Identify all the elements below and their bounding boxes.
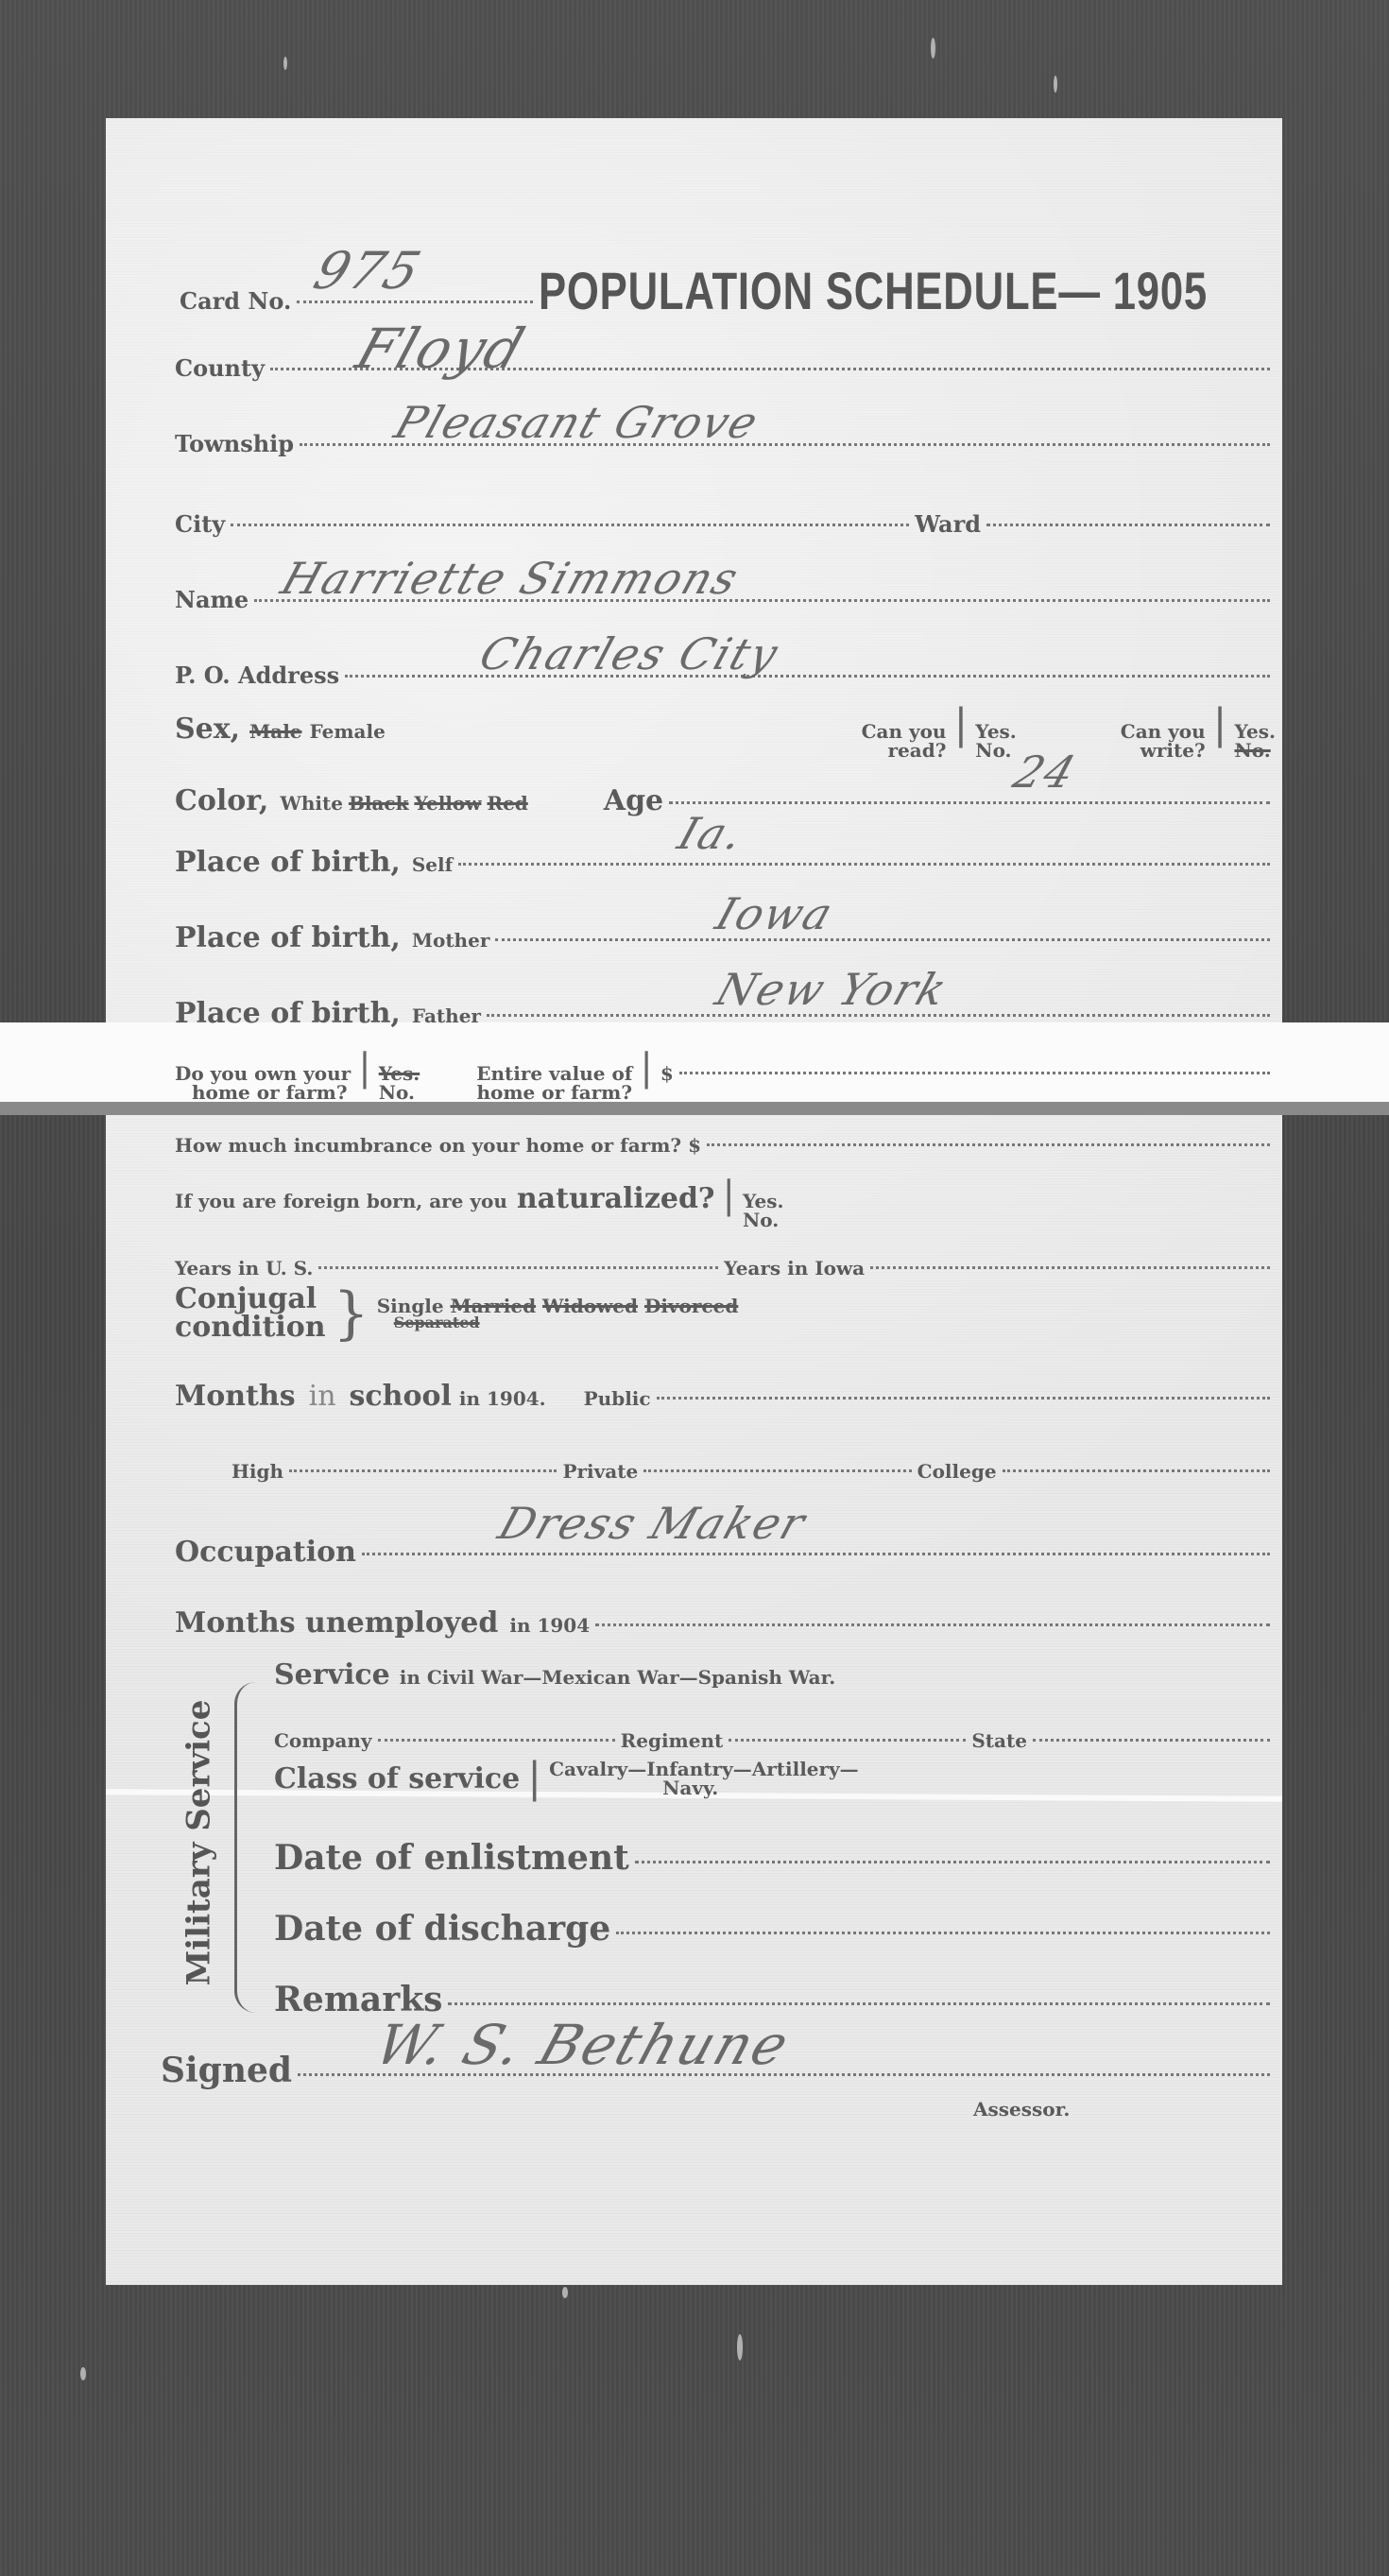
card-no-label: Card No. [180, 287, 291, 315]
color-option-black: Black [349, 792, 409, 815]
film-speck [1054, 76, 1057, 93]
occupation-label: Occupation [175, 1536, 356, 1569]
po-address-value: Charles City [473, 628, 785, 679]
home-value-currency: $ [660, 1062, 674, 1085]
state-dots [1033, 1739, 1270, 1742]
read-no: No. [975, 741, 1017, 760]
city-label: City [175, 510, 225, 538]
write-no: No. [1235, 741, 1277, 760]
write-brace: | [1213, 704, 1227, 746]
conjugal-row: Conjugal condition } Single Married Wido… [175, 1285, 1276, 1342]
service-options: in Civil War—Mexican War—Spanish War. [400, 1666, 836, 1689]
school-label-in: in [309, 1380, 336, 1413]
conjugal-option-widowed: Widowed [542, 1295, 638, 1317]
own-home-no: No. [379, 1083, 420, 1102]
conjugal-label: Conjugal condition [175, 1285, 326, 1342]
service-label: Service [274, 1658, 390, 1692]
name-value: Harriette Simmons [275, 553, 746, 604]
film-speck [562, 2287, 568, 2298]
occupation-value: Dress Maker [492, 1498, 813, 1549]
naturalized-options: Yes. No. [743, 1192, 784, 1229]
own-home-yes: Yes. [379, 1064, 420, 1083]
birth-mother-label: Place of birth, [175, 921, 401, 954]
color-option-yellow: Yellow [414, 792, 481, 815]
enlistment-row: Date of enlistment [274, 1838, 1276, 1878]
incumbrance-label: How much incumbrance on your home or far… [175, 1134, 701, 1157]
birth-father-value: New York [710, 964, 954, 1015]
own-home-options: Yes. No. [379, 1064, 420, 1102]
color-option-red: Red [487, 792, 527, 815]
company-label: Company [274, 1729, 372, 1752]
po-address-label: P. O. Address [175, 661, 339, 689]
signature-value: W. S. Bethune [368, 2013, 798, 2077]
city-dots [231, 524, 909, 526]
naturalized-row: If you are foreign born, are you natural… [175, 1176, 1276, 1229]
write-question: Can you write? [1121, 722, 1206, 760]
regiment-label: Regiment [621, 1729, 724, 1752]
county-value: Floyd [349, 317, 534, 381]
city-row: City Ward [175, 510, 1276, 538]
class-options: Cavalry—Infantry—Artillery— Navy. [549, 1760, 859, 1797]
naturalized-yes: Yes. [743, 1192, 784, 1211]
unemployed-label: Months unemployed [175, 1606, 498, 1640]
sex-literacy-row: Sex, Male Female Can you read? | Yes. No… [175, 704, 1276, 760]
years-row: Years in U. S. Years in Iowa [175, 1257, 1276, 1279]
school-types-row: High Private College [231, 1460, 1276, 1483]
company-row: Company Regiment State [274, 1729, 1276, 1752]
school-private-dots [643, 1469, 911, 1472]
years-iowa-dots [870, 1266, 1270, 1269]
own-home-brace: | [358, 1049, 370, 1087]
conjugal-option-separated: Separated [377, 1315, 739, 1331]
write-options: Yes. No. [1235, 722, 1277, 760]
unemployed-dots [595, 1623, 1270, 1626]
naturalized-label: naturalized? [517, 1182, 715, 1215]
birth-father-sub: Father [412, 1005, 481, 1027]
school-college-dots [1003, 1469, 1270, 1472]
military-brace [234, 1682, 256, 2013]
occupation-dots [362, 1553, 1270, 1555]
regiment-dots [729, 1739, 966, 1742]
write-label-top: Can you [1121, 722, 1206, 741]
military-service-side-label: Military Service [170, 1682, 227, 2003]
years-us-dots [318, 1266, 718, 1269]
school-public-dots [657, 1397, 1270, 1400]
birth-self-label: Place of birth, [175, 846, 401, 879]
school-label-school: school [350, 1380, 452, 1413]
read-label-top: Can you [862, 722, 947, 741]
school-high-dots [289, 1469, 557, 1472]
write-yes: Yes. [1235, 722, 1277, 741]
county-row: County [175, 354, 1276, 382]
conjugal-options: Single Married Widowed Divorced Separate… [377, 1297, 739, 1331]
school-public-label: Public [584, 1387, 651, 1410]
township-label: Township [175, 430, 294, 457]
film-speck [283, 57, 287, 70]
township-value: Pleasant Grove [388, 397, 765, 448]
read-brace: | [953, 704, 968, 746]
birth-self-sub: Self [412, 853, 453, 876]
card-no-dots [297, 301, 533, 303]
color-option-white: White [280, 792, 343, 815]
school-college-label: College [917, 1460, 997, 1483]
home-value-question: Entire value of home or farm? [476, 1064, 632, 1102]
discharge-row: Date of discharge [274, 1909, 1276, 1949]
own-home-label-top: Do you own your [175, 1064, 351, 1083]
birth-mother-dots [495, 938, 1270, 941]
read-question: Can you read? [862, 722, 947, 760]
company-dots [378, 1739, 615, 1742]
name-label: Name [175, 586, 249, 613]
state-label: State [971, 1729, 1027, 1752]
class-options-line2: Navy. [549, 1778, 859, 1797]
film-band-edge [0, 1102, 1389, 1115]
film-speck [80, 2367, 86, 2380]
school-label-year: in 1904. [459, 1387, 546, 1410]
film-speck [931, 38, 935, 59]
school-label-months: Months [175, 1380, 296, 1413]
conjugal-brace: } [334, 1285, 369, 1342]
page-title: POPULATION SCHEDULE— 1905 [539, 260, 1208, 321]
write-label-bottom: write? [1121, 741, 1206, 760]
own-home-question: Do you own your home or farm? [175, 1064, 351, 1102]
unemployed-row: Months unemployed in 1904 [175, 1606, 1276, 1640]
sex-label: Sex, [175, 713, 240, 746]
naturalized-brace: | [723, 1176, 735, 1214]
home-value-brace: | [640, 1049, 652, 1087]
sex-option-male: Male [249, 720, 301, 743]
unemployed-year: in 1904 [509, 1614, 590, 1637]
age-label: Age [604, 784, 663, 817]
military-side-text: Military Service [180, 1700, 217, 1986]
birth-self-dots [458, 863, 1270, 866]
incumbrance-dots [707, 1143, 1270, 1146]
school-row: Months in school in 1904. Public [175, 1380, 1276, 1413]
home-value-label-top: Entire value of [476, 1064, 632, 1083]
home-value-dots [679, 1072, 1270, 1074]
film-speck [737, 2334, 743, 2361]
own-home-label-bottom: home or farm? [175, 1083, 351, 1102]
county-label: County [175, 354, 265, 382]
ward-label: Ward [915, 510, 981, 538]
class-options-line1: Cavalry—Infantry—Artillery— [549, 1760, 859, 1778]
class-of-service-label: Class of service [274, 1762, 520, 1795]
naturalized-no: No. [743, 1211, 784, 1229]
ward-dots [986, 524, 1270, 526]
school-private-label: Private [562, 1460, 638, 1483]
discharge-label: Date of discharge [274, 1909, 610, 1949]
signature-label: Signed [161, 2051, 292, 2090]
home-ownership-row: Do you own your home or farm? | Yes. No.… [175, 1049, 1276, 1102]
remarks-dots [448, 2002, 1270, 2005]
assessor-label: Assessor. [973, 2098, 1070, 2121]
card-no-value: 975 [307, 241, 430, 301]
enlistment-dots [635, 1861, 1270, 1863]
years-iowa-label: Years in Iowa [724, 1257, 865, 1279]
read-options: Yes. No. [975, 722, 1017, 760]
service-row: Service in Civil War—Mexican War—Spanish… [274, 1658, 1276, 1692]
age-dots [669, 801, 1270, 804]
sex-option-female: Female [310, 720, 386, 743]
naturalized-label-pre: If you are foreign born, are you [175, 1190, 507, 1212]
birth-father-label: Place of birth, [175, 997, 401, 1030]
assessor-caption: Assessor. [973, 2098, 1070, 2121]
conjugal-label-top: Conjugal [175, 1285, 326, 1314]
enlistment-label: Date of enlistment [274, 1838, 629, 1878]
conjugal-option-divorced: Divorced [644, 1295, 738, 1317]
discharge-dots [616, 1932, 1270, 1934]
class-brace: | [527, 1758, 541, 1799]
color-label: Color, [175, 784, 268, 817]
years-us-label: Years in U. S. [175, 1257, 313, 1279]
conjugal-label-bottom: condition [175, 1314, 326, 1342]
read-yes: Yes. [975, 722, 1017, 741]
school-high-label: High [231, 1460, 283, 1483]
incumbrance-row: How much incumbrance on your home or far… [175, 1134, 1276, 1157]
home-value-label-bottom: home or farm? [476, 1083, 632, 1102]
read-label-bottom: read? [862, 741, 947, 760]
birth-mother-sub: Mother [412, 929, 490, 952]
birth-mother-value: Iowa [710, 888, 840, 939]
class-of-service-row: Class of service | Cavalry—Infantry—Arti… [274, 1758, 1276, 1799]
